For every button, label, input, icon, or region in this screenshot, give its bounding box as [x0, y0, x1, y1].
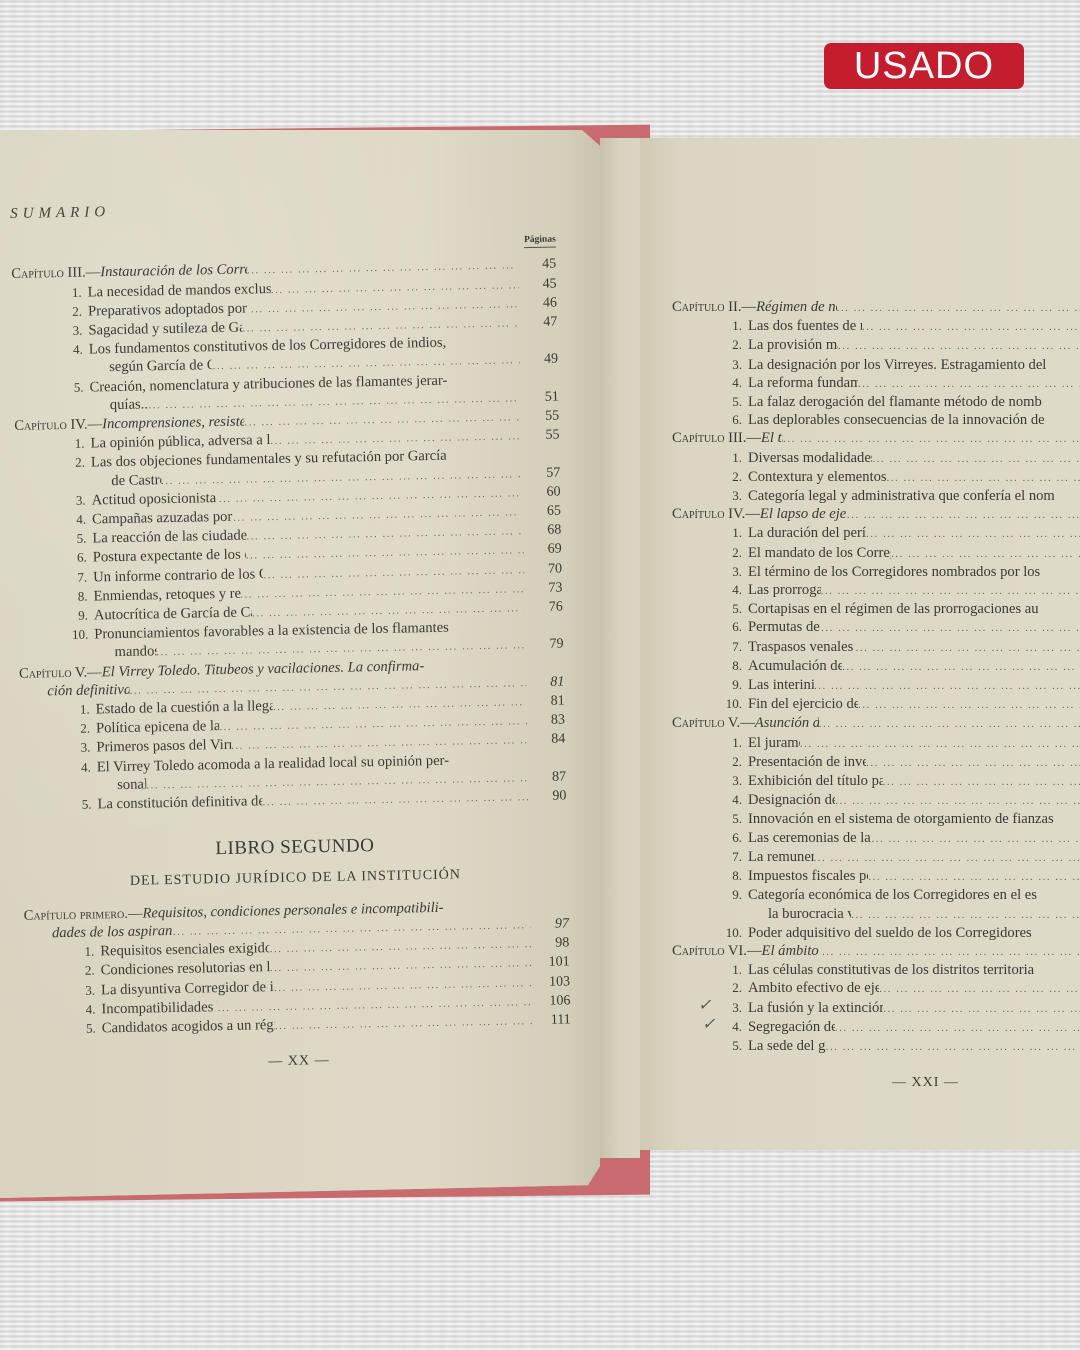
- toc-item-continuation: la burocracia virreinal: [672, 905, 1080, 924]
- toc-item-checked: ✓3.La fusión y la extinción de circunscr…: [672, 999, 1080, 1018]
- handwritten-check-icon: ✓: [698, 997, 711, 1015]
- toc-item: 1.Las células constitutivas de los distr…: [672, 961, 1080, 979]
- toc-item: 5.La sede del gobierno: [672, 1037, 1080, 1056]
- toc-item: 9.Las interinidades: [672, 676, 1080, 695]
- book-part-title: LIBRO SEGUNDO: [22, 834, 567, 863]
- chapter-label: Capítulo IV.—: [14, 416, 102, 434]
- handwritten-check-icon: ✓: [702, 1016, 715, 1034]
- toc-item: 4.La reforma fundamental de 1678: [672, 374, 1080, 393]
- toc-item: 3.La designación por los Virreyes. Estra…: [672, 356, 1080, 374]
- toc-item: 1.El juramento: [672, 734, 1080, 753]
- toc-item: 7.Traspasos venales de los oficios: [672, 638, 1080, 657]
- chapter-label: Capítulo III.—: [11, 265, 100, 283]
- chapter-label: Capítulo V.—: [19, 664, 102, 682]
- chapter-title: Incomprensiones, resistencias y polémica…: [102, 413, 245, 433]
- toc-item: 10.Fin del ejercicio de las funciones: [672, 695, 1080, 714]
- toc-item: 2.La provisión mayestática: [672, 336, 1080, 355]
- chapter-row: Capítulo II.—Régimen de nombramiento: [672, 298, 1080, 317]
- toc-item: 6.Las deplorables consecuencias de la in…: [672, 411, 1080, 429]
- page-folio: — XXI —: [672, 1074, 1080, 1092]
- toc-item: 6.Las ceremonias de la toma de posesión: [672, 829, 1080, 848]
- toc-item: 10.Poder adquisitivo del sueldo de los C…: [672, 924, 1080, 942]
- toc-item: 9.Categoría económica de los Corregidore…: [672, 886, 1080, 904]
- toc-item: 1.Las dos fuentes de nombramientos: [672, 317, 1080, 336]
- toc-item: 6.Permutas de cargos: [672, 618, 1080, 637]
- page-number: 45: [518, 256, 556, 275]
- left-page-toc: SUMARIO Páginas Capítulo III.—Instauraci…: [10, 195, 572, 1077]
- toc-item: 3.Exhibición del título para su reconoci…: [672, 772, 1080, 791]
- right-page-toc: Capítulo II.—Régimen de nombramiento 1.L…: [672, 298, 1080, 1092]
- chapter-row: Capítulo VI.—El ámbito territorial: [672, 942, 1080, 961]
- toc-item: 4.Designación de fiadores: [672, 791, 1080, 810]
- chapter-label: Capítulo primero.—: [23, 905, 142, 923]
- toc-item: 2.El mandato de los Corregidores de real…: [672, 544, 1080, 563]
- chapter-row: Capítulo IV.—El lapso de ejercicio del c…: [672, 505, 1080, 524]
- toc-item: 3.El término de los Corregidores nombrad…: [672, 563, 1080, 581]
- toc-item: 5.La falaz derogación del flamante métod…: [672, 393, 1080, 411]
- book-part-subtitle: DEL ESTUDIO JURÍDICO DE LA INSTITUCIÓN: [23, 864, 568, 893]
- toc-item: 4.Las prorrogaciones: [672, 581, 1080, 600]
- chapter-row: Capítulo III.—El título: [672, 429, 1080, 448]
- toc-item: 2.Ambito efectivo de ejercicio jurisdicc…: [672, 979, 1080, 998]
- toc-item: 3.Categoría legal y administrativa que c…: [672, 487, 1080, 505]
- toc-item: 1.Diversas modalidades de los despachos: [672, 449, 1080, 468]
- toc-item: 2.Contextura y elementos formales de los…: [672, 468, 1080, 487]
- used-badge: USADO: [824, 43, 1024, 89]
- toc-item: 1.La duración del período de gobierno: [672, 524, 1080, 543]
- toc-item: 8.Acumulación de mandatos: [672, 657, 1080, 676]
- book-gutter: [600, 138, 640, 1158]
- toc-item-checked: ✓4.Segregación de distritos: [672, 1018, 1080, 1037]
- toc-item: 7.La remuneración: [672, 848, 1080, 867]
- toc-item: 8.Impuestos fiscales por nombramiento: [672, 867, 1080, 886]
- chapter-row: Capítulo V.—Asunción del mando: [672, 714, 1080, 733]
- chapter-title: Instauración de los Corregidores de indi…: [100, 261, 247, 281]
- pages-column-header: Páginas: [11, 231, 556, 260]
- toc-item: 2.Presentación de inventario de bienes: [672, 753, 1080, 772]
- toc-item: 5.Cortapisas en el régimen de las prorro…: [672, 600, 1080, 618]
- toc-item: 5.Innovación en el sistema de otorgamien…: [672, 810, 1080, 828]
